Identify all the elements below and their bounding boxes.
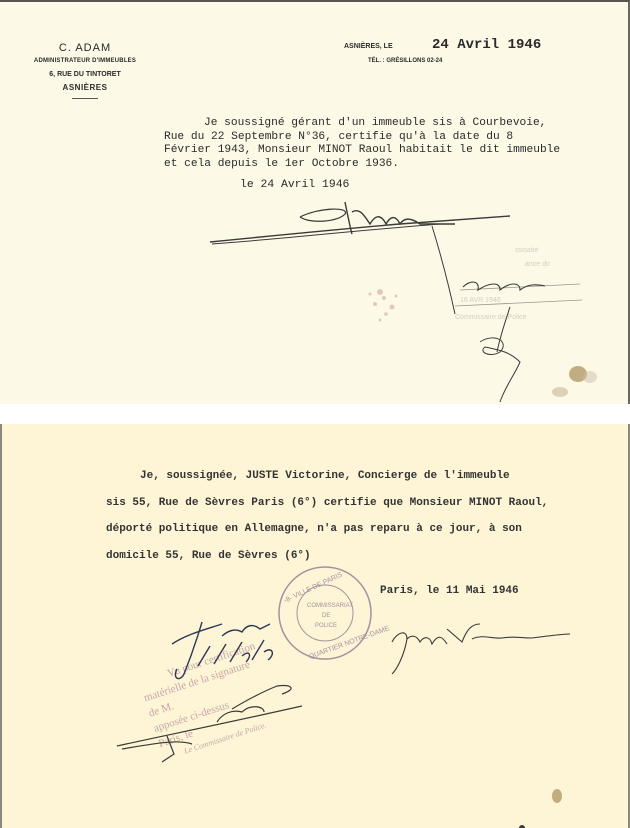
svg-text:Commissaire de Police: Commissaire de Police [455, 314, 527, 321]
svg-text:ssisatiè: ssisatiè [515, 247, 538, 254]
svg-text:POLICE: POLICE [315, 623, 337, 629]
svg-text:Le Commissaire de Police.: Le Commissaire de Police. [182, 720, 267, 755]
round-police-stamp-icon: COMMISSARIAT DE POLICE -8- VILLE DE PARI… [279, 567, 391, 661]
page-gap [0, 404, 630, 424]
svg-text:DE: DE [322, 613, 330, 619]
svg-text:-8- VILLE DE PARIS: -8- VILLE DE PARIS [283, 571, 344, 604]
svg-text:16 AVR 1946: 16 AVR 1946 [460, 297, 501, 304]
signature-adam-icon: ssisatiè ance do 16 AVR 1946 Commissaire… [0, 2, 630, 406]
svg-text:ance do: ance do [525, 261, 550, 268]
svg-text:QUARTIER NOTRE-DAME: QUARTIER NOTRE-DAME [308, 625, 391, 661]
document-top: C. ADAM ADMINISTRATEUR D'IMMEUBLES 6, RU… [0, 0, 630, 404]
document-bottom: Je, soussignée, JUSTE Victorine, Concier… [0, 424, 630, 828]
svg-text:COMMISSARIAT: COMMISSARIAT [307, 603, 353, 609]
stamps-and-signatures-icon: COMMISSARIAT DE POLICE -8- VILLE DE PARI… [2, 424, 630, 828]
